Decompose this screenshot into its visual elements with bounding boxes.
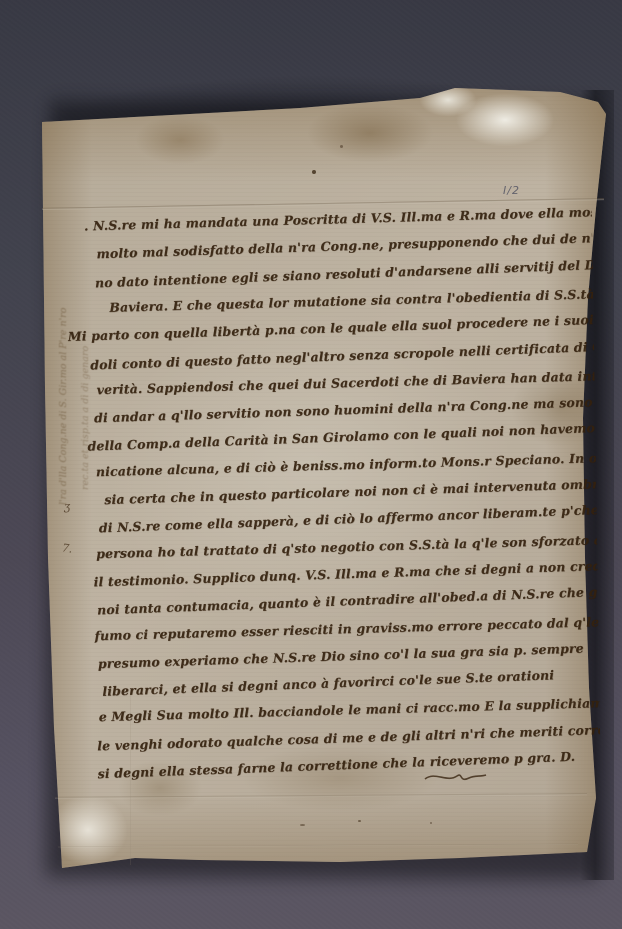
manuscript-text: . N.S.re mi ha mandata una Poscritta di … (0, 0, 622, 929)
ink-speck (358, 820, 361, 822)
ink-speck (340, 145, 343, 148)
manuscript-line: presumo experiamo che N.S.re Dio sino co… (98, 640, 584, 671)
manuscript-line: noi tanta contumacia, quanto è il contra… (97, 584, 598, 617)
manuscript-line: di N.S.re come ella sapperà, e di ciò lo… (99, 502, 597, 535)
manuscript-line: sia certa che in questo particolare noi … (104, 476, 596, 507)
manuscript-line: si degni ella stessa farne la correttion… (97, 749, 575, 781)
manuscript-line: doli conto di questo fatto negl'altro se… (90, 339, 594, 372)
manuscript-line: nicatione alcuna, e di ciò è beniss.mo i… (96, 450, 596, 479)
photograph-of-manuscript: I/2 l'ra d'lla Cong.ne di S. Gir.mo al P… (0, 0, 622, 929)
manuscript-line: persona ho tal trattato di q'sto negotio… (96, 532, 597, 561)
manuscript-line: no dato intentione egli se siano resolut… (95, 257, 593, 290)
manuscript-line: fumo ci reputaremo esser riesciti in gra… (94, 614, 598, 643)
manuscript-line: il testimonio. Supplico dunq. V.S. Ill.m… (93, 558, 597, 589)
manuscript-line: liberarci, et ella si degni anco à favor… (102, 667, 554, 699)
manuscript-line: di andar a q'llo servitio non sono huomi… (94, 394, 595, 425)
manuscript-line: Baviera. E che questa lor mutatione sia … (109, 286, 593, 315)
manuscript-line: . N.S.re mi ha mandata una Poscritta di … (84, 204, 592, 233)
ink-speck (300, 824, 305, 826)
manuscript-line: le venghi odorato qualche cosa di me e d… (97, 722, 600, 753)
manuscript-line: verità. Sappiendosi che quei dui Sacerdo… (96, 368, 594, 397)
manuscript-line: e Megli Sua molto Ill. bacciandole le ma… (99, 696, 600, 725)
manuscript-line: della Comp.a della Carità in San Girolam… (87, 420, 595, 454)
signature-flourish (422, 768, 492, 788)
ink-speck (312, 170, 316, 174)
ink-speck (430, 822, 432, 824)
manuscript-line: Mi parto con quella libertà p.na con le … (68, 312, 594, 344)
manuscript-line: molto mal sodisfatto della n'ra Cong.ne,… (96, 231, 592, 262)
